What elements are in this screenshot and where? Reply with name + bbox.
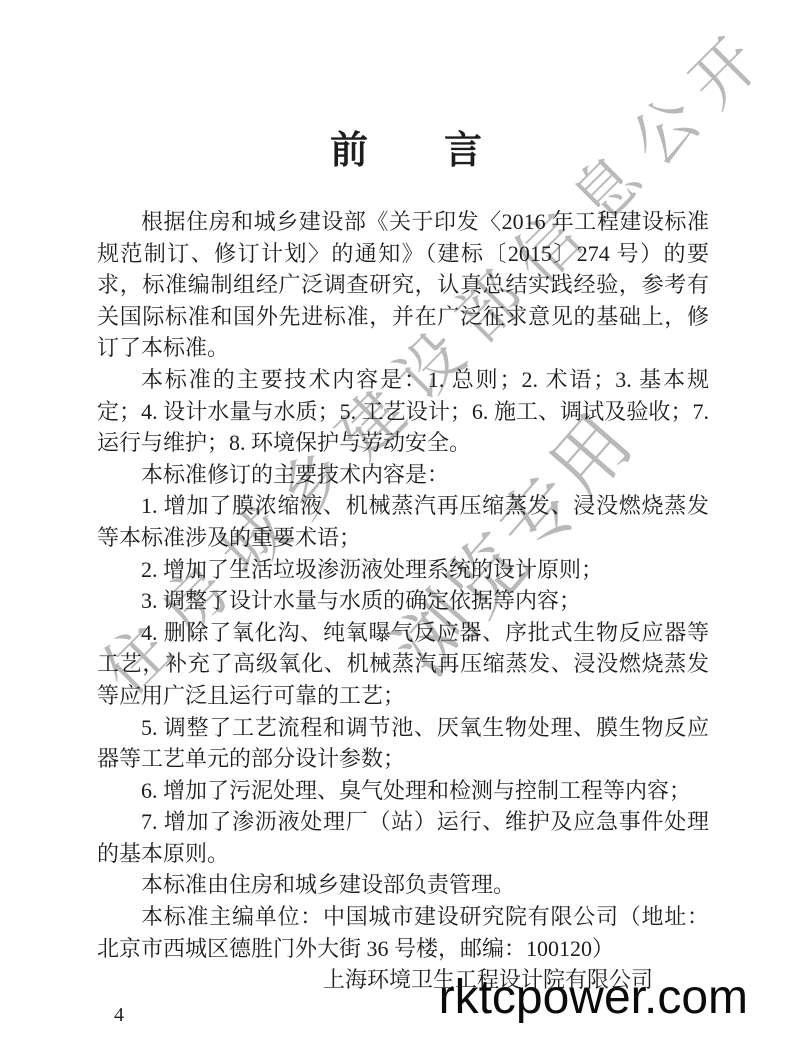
- body-paragraph: 本标准修订的主要技术内容是：: [97, 459, 709, 491]
- body-paragraph: 本标准由住房和城乡建设部负责管理。: [97, 869, 709, 901]
- body-paragraph: 5. 调整了工艺流程和调节池、厌氧生物处理、膜生物反应器等工艺单元的部分设计参数…: [97, 712, 709, 775]
- site-watermark: rktcpower.com: [439, 974, 748, 1022]
- body-paragraph: 本标准的主要技术内容是：1. 总则；2. 术语；3. 基本规定；4. 设计水量与…: [97, 364, 709, 459]
- body-paragraph: 3. 调整了设计水量与水质的确定依据等内容；: [97, 585, 709, 617]
- document-page: 住房城乡建设部信息公开 浏览专用 前 言 根据住房和城乡建设部《关于印发〈201…: [0, 0, 800, 1047]
- body-paragraph: 本标准主编单位：中国城市建设研究院有限公司（地址：北京市西城区德胜门外大街 36…: [97, 901, 709, 964]
- body-text: 根据住房和城乡建设部《关于印发〈2016 年工程建设标准规范制订、修订计划〉的通…: [97, 206, 709, 996]
- body-paragraph: 根据住房和城乡建设部《关于印发〈2016 年工程建设标准规范制订、修订计划〉的通…: [97, 206, 709, 364]
- body-paragraph: 4. 删除了氧化沟、纯氧曝气反应器、序批式生物反应器等工艺，补充了高级氧化、机械…: [97, 617, 709, 712]
- page-title: 前 言: [0, 119, 800, 174]
- body-paragraph: 1. 增加了膜浓缩液、机械蒸汽再压缩蒸发、浸没燃烧蒸发等本标准涉及的重要术语；: [97, 490, 709, 553]
- body-paragraph: 2. 增加了生活垃圾渗沥液处理系统的设计原则；: [97, 554, 709, 586]
- body-paragraph: 6. 增加了污泥处理、臭气处理和检测与控制工程等内容；: [97, 775, 709, 807]
- page-number: 4: [114, 1004, 124, 1027]
- body-paragraph: 7. 增加了渗沥液处理厂（站）运行、维护及应急事件处理的基本原则。: [97, 806, 709, 869]
